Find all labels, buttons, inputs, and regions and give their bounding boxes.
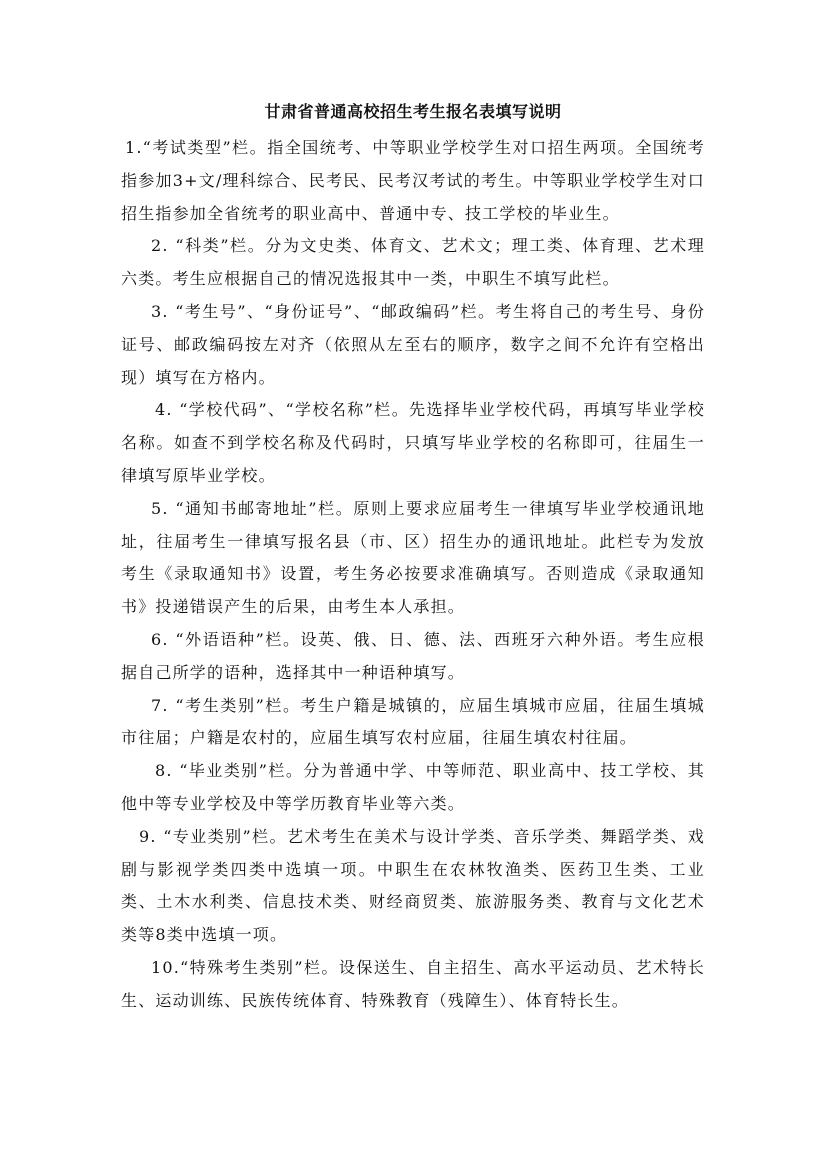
item-number: 9. xyxy=(139,827,157,846)
item-number: 8. xyxy=(155,761,173,780)
instruction-item-10: 10.“特殊考生类别”栏。设保送生、自主招生、高水平运动员、艺术特长生、运动训练… xyxy=(121,952,705,1018)
document-title: 甘肃省普通高校招生考生报名表填写说明 xyxy=(121,100,705,124)
item-number: 6. xyxy=(151,630,169,649)
item-text: “专业类别”栏。艺术考生在美术与设计学类、音乐学类、舞蹈学类、戏剧与影视学类四类… xyxy=(121,827,705,944)
item-text: “学校代码”、“学校名称”栏。先选择毕业学校代码，再填写毕业学校名称。如查不到学… xyxy=(121,400,705,485)
item-number: 1. xyxy=(125,138,143,157)
item-number: 2. xyxy=(151,236,169,255)
item-number: 4. xyxy=(155,400,173,419)
item-text: “外语语种”栏。设英、俄、日、德、法、西班牙六种外语。考生应根据自己所学的语种，… xyxy=(121,630,705,682)
item-text: “考试类型”栏。指全国统考、中等职业学校学生对口招生两项。全国统考指参加3+文/… xyxy=(121,138,705,223)
instruction-item-1: 1.“考试类型”栏。指全国统考、中等职业学校学生对口招生两项。全国统考指参加3+… xyxy=(121,132,705,230)
item-number: 10. xyxy=(151,958,180,977)
instruction-item-5: 5. “通知书邮寄地址”栏。原则上要求应届考生一律填写毕业学校通讯地址，往届考生… xyxy=(121,493,705,624)
instruction-item-2: 2. “科类”栏。分为文史类、体育文、艺术文；理工类、体育理、艺术理六类。考生应… xyxy=(121,230,705,296)
item-text: “科类”栏。分为文史类、体育文、艺术文；理工类、体育理、艺术理六类。考生应根据自… xyxy=(121,236,705,288)
item-number: 3. xyxy=(151,302,169,321)
instruction-item-8: 8. “毕业类别”栏。分为普通中学、中等师范、职业高中、技工学校、其他中等专业学… xyxy=(121,755,705,821)
item-text: “考生类别”栏。考生户籍是城镇的，应届生填城市应届，往届生填城市往届；户籍是农村… xyxy=(121,696,705,748)
item-text: “考生号”、“身份证号”、“邮政编码”栏。考生将自己的考生号、身份证号、邮政编码… xyxy=(121,302,705,387)
item-number: 7. xyxy=(151,696,169,715)
instruction-item-7: 7. “考生类别”栏。考生户籍是城镇的，应届生填城市应届，往届生填城市往届；户籍… xyxy=(121,690,705,756)
item-text: “毕业类别”栏。分为普通中学、中等师范、职业高中、技工学校、其他中等专业学校及中… xyxy=(121,761,705,813)
document-page: 甘肃省普通高校招生考生报名表填写说明 1.“考试类型”栏。指全国统考、中等职业学… xyxy=(121,100,705,1018)
instruction-item-3: 3. “考生号”、“身份证号”、“邮政编码”栏。考生将自己的考生号、身份证号、邮… xyxy=(121,296,705,394)
item-text: “特殊考生类别”栏。设保送生、自主招生、高水平运动员、艺术特长生、运动训练、民族… xyxy=(121,958,705,1010)
item-number: 5. xyxy=(151,499,169,518)
instruction-item-4: 4. “学校代码”、“学校名称”栏。先选择毕业学校代码，再填写毕业学校名称。如查… xyxy=(121,394,705,492)
instruction-item-6: 6. “外语语种”栏。设英、俄、日、德、法、西班牙六种外语。考生应根据自己所学的… xyxy=(121,624,705,690)
item-text: “通知书邮寄地址”栏。原则上要求应届考生一律填写毕业学校通讯地址，往届考生一律填… xyxy=(121,499,705,616)
instruction-item-9: 9. “专业类别”栏。艺术考生在美术与设计学类、音乐学类、舞蹈学类、戏剧与影视学… xyxy=(121,821,705,952)
